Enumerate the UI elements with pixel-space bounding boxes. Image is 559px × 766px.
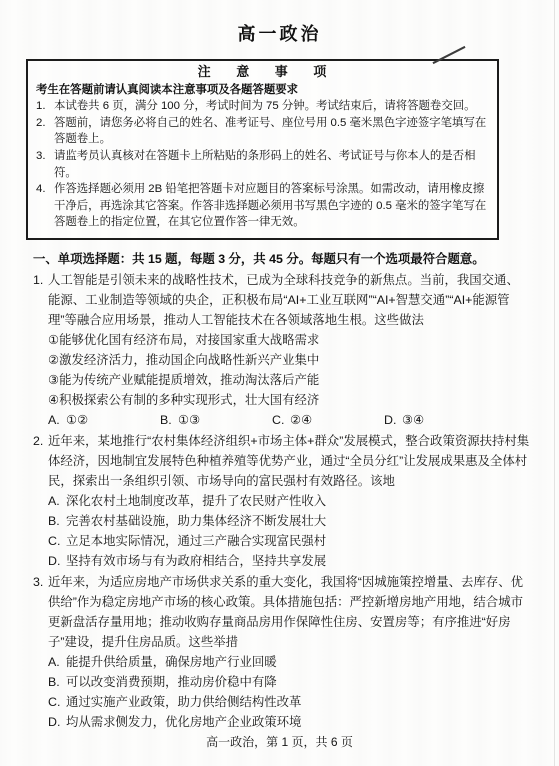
notice-box: 注 意 事 项 考生在答题前请认真阅读本注意事项及各题答题要求 1.本试卷共 6…	[26, 59, 499, 240]
option-c: C.②④	[272, 410, 384, 430]
question-number: 2.	[33, 431, 48, 451]
option-text: 深化农村土地制度改革，提升了农民财产性收入	[66, 494, 326, 508]
option-label: D.	[48, 712, 66, 732]
option-label: C.	[48, 692, 66, 712]
option-c: C.立足本地实际情况，通过三产融合实现富民强村	[48, 531, 530, 551]
notice-item-text: 请监考员认真核对在答题卡上所粘贴的条形码上的姓名、考试证号与你本人的是否相符。	[54, 150, 475, 179]
option-text: ①③	[178, 413, 200, 427]
option-d: D.均从需求侧发力，优化房地产企业政策环境	[48, 712, 530, 732]
option-d: D.③④	[384, 410, 496, 430]
option-b: B.可以改变消费预期，推动房价稳中有降	[48, 672, 530, 692]
option-text: ③④	[402, 413, 424, 427]
option-label: B.	[48, 672, 66, 692]
option-label: D.	[48, 551, 66, 571]
option-text: 完善农村基础设施，助力集体经济不断发展壮大	[66, 514, 326, 528]
question-area: 一、单项选择题：共 15 题，每题 3 分，共 45 分。每题只有一个选项最符合…	[33, 249, 530, 732]
option-text: ①②	[66, 413, 88, 427]
option-text: 通过实施产业政策，助力供给侧结构性改革	[66, 695, 301, 709]
question-1-stem: 1.人工智能是引领未来的战略性技术，已成为全球科技竞争的新焦点。当前，我国交通、…	[33, 270, 530, 330]
option-d: D.坚持有效市场与有为政府相结合，坚持共享发展	[48, 551, 530, 571]
option-label: B.	[160, 410, 178, 430]
notice-item-2: 2.答题前，请您务必将自己的姓名、准考证号、座位号用 0.5 毫米黑色字迹签字笔…	[36, 115, 488, 148]
option-label: C.	[48, 531, 66, 551]
question-number: 3.	[33, 572, 48, 592]
notice-item-number: 1.	[36, 98, 54, 115]
notice-item-number: 3.	[36, 148, 54, 165]
question-3-options: A.能提升供给质量，确保房地产行业回暖 B.可以改变消费预期，推动房价稳中有降 …	[48, 652, 530, 732]
option-text: ②④	[290, 413, 312, 427]
notice-item-3: 3.请监考员认真核对在答题卡上所粘贴的条形码上的姓名、考试证号与你本人的是否相符…	[36, 148, 488, 181]
section-header: 一、单项选择题：共 15 题，每题 3 分，共 45 分。每题只有一个选项最符合…	[33, 249, 530, 269]
option-label: A.	[48, 652, 66, 672]
question-1: 1.人工智能是引领未来的战略性技术，已成为全球科技竞争的新焦点。当前，我国交通、…	[33, 270, 530, 430]
statement-4: ④积极探索公有制的多种实现形式，壮大国有经济	[48, 390, 530, 410]
option-label: A.	[48, 410, 66, 430]
question-stem-text: 近年来，某地推行“农村集体经济组织+市场主体+群众”发展模式，整合政策资源扶持村…	[48, 434, 529, 488]
option-b: B.①③	[160, 410, 272, 430]
page-title: 高一政治	[0, 20, 559, 46]
question-stem-text: 近年来，为适应房地产市场供求关系的重大变化，我国将“因城施策控增量、去库存、优供…	[48, 575, 523, 649]
option-b: B.完善农村基础设施，助力集体经济不断发展壮大	[48, 511, 530, 531]
option-label: D.	[384, 410, 402, 430]
scan-fold-artifact	[433, 46, 466, 64]
page-footer: 高一政治，第 1 页，共 6 页	[0, 733, 559, 750]
option-text: 坚持有效市场与有为政府相结合，坚持共享发展	[66, 554, 326, 568]
statement-3: ③能为传统产业赋能提质增效，推动淘汰落后产能	[48, 370, 530, 390]
notice-item-number: 2.	[36, 115, 54, 132]
notice-item-1: 1.本试卷共 6 页，满分 100 分，考试时间为 75 分钟。考试结束后，请将…	[36, 98, 488, 115]
question-2-options: A.深化农村土地制度改革，提升了农民财产性收入 B.完善农村基础设施，助力集体经…	[48, 491, 530, 571]
question-stem-text: 人工智能是引领未来的战略性技术，已成为全球科技竞争的新焦点。当前，我国交通、能源…	[48, 273, 519, 327]
option-text: 可以改变消费预期，推动房价稳中有降	[66, 675, 277, 689]
question-1-options: A.①② B.①③ C.②④ D.③④	[48, 410, 530, 430]
statement-2: ②激发经济活力，推动国企向战略性新兴产业集中	[48, 350, 530, 370]
notice-item-number: 4.	[36, 181, 54, 198]
option-label: A.	[48, 491, 66, 511]
notice-item-text: 作答选择题必须用 2B 铅笔把答题卡对应题目的答案标号涂黑。如需改动，请用橡皮擦…	[54, 183, 486, 228]
option-c: C.通过实施产业政策，助力供给侧结构性改革	[48, 692, 530, 712]
option-text: 能提升供给质量，确保房地产行业回暖	[66, 655, 277, 669]
option-text: 均从需求侧发力，优化房地产企业政策环境	[66, 715, 301, 729]
question-3: 3.近年来，为适应房地产市场供求关系的重大变化，我国将“因城施策控增量、去库存、…	[33, 572, 530, 732]
notice-item-text: 答题前，请您务必将自己的姓名、准考证号、座位号用 0.5 毫米黑色字迹签字笔填写…	[54, 117, 486, 146]
question-1-statements: ①能够优化国有经济布局，对接国家重大战略需求 ②激发经济活力，推动国企向战略性新…	[48, 330, 530, 410]
option-label: C.	[272, 410, 290, 430]
option-label: B.	[48, 511, 66, 531]
scan-edge-shadow	[554, 0, 555, 766]
option-text: 立足本地实际情况，通过三产融合实现富民强村	[66, 534, 326, 548]
option-a: A.深化农村土地制度改革，提升了农民财产性收入	[48, 491, 530, 511]
notice-item-text: 本试卷共 6 页，满分 100 分，考试时间为 75 分钟。考试结束后，请将答题…	[54, 100, 476, 112]
exam-paper-page: 高一政治 注 意 事 项 考生在答题前请认真阅读本注意事项及各题答题要求 1.本…	[0, 20, 559, 732]
option-a: A.①②	[48, 410, 160, 430]
statement-1: ①能够优化国有经济布局，对接国家重大战略需求	[48, 330, 530, 350]
notice-item-4: 4.作答选择题必须用 2B 铅笔把答题卡对应题目的答案标号涂黑。如需改动，请用橡…	[36, 181, 488, 231]
option-a: A.能提升供给质量，确保房地产行业回暖	[48, 652, 530, 672]
notice-heading: 注 意 事 项	[36, 64, 488, 81]
question-number: 1.	[33, 270, 48, 290]
question-2: 2.近年来，某地推行“农村集体经济组织+市场主体+群众”发展模式，整合政策资源扶…	[33, 431, 530, 571]
notice-subheading: 考生在答题前请认真阅读本注意事项及各题答题要求	[36, 82, 488, 99]
question-3-stem: 3.近年来，为适应房地产市场供求关系的重大变化，我国将“因城施策控增量、去库存、…	[33, 572, 530, 652]
question-2-stem: 2.近年来，某地推行“农村集体经济组织+市场主体+群众”发展模式，整合政策资源扶…	[33, 431, 530, 491]
